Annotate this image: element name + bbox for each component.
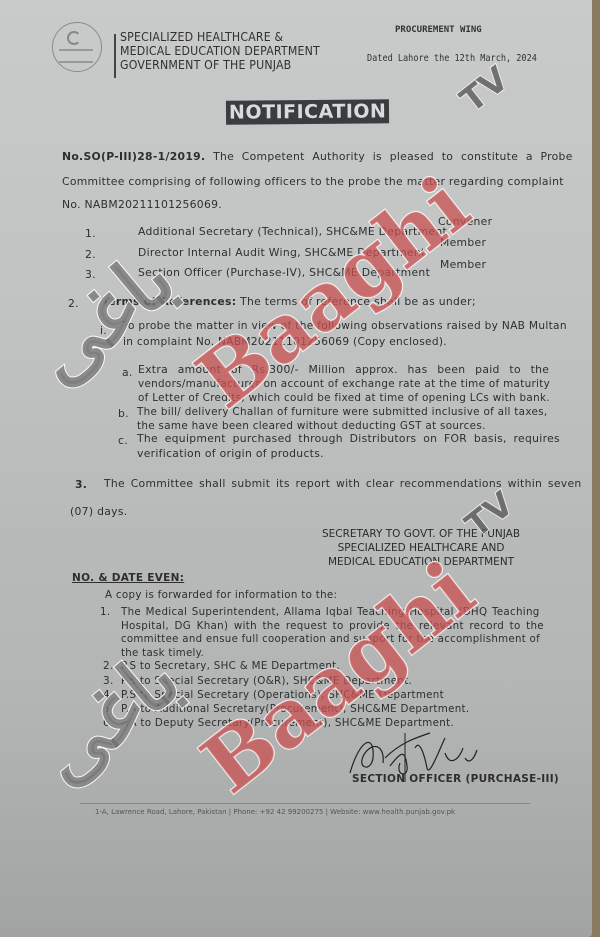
observation-line: The equipment purchased through Distribu… bbox=[137, 432, 560, 445]
copy-line: P.S to Special Secretary (Operations), S… bbox=[121, 689, 444, 701]
para-line: The Committee shall submit its report wi… bbox=[104, 477, 582, 490]
observation-line: verification of origin of products. bbox=[137, 447, 324, 460]
intro-line: No. NABM20211101256069. bbox=[62, 198, 222, 211]
intro-line: Committee comprising of following office… bbox=[62, 175, 564, 188]
endorsement-heading: NO. & DATE EVEN: bbox=[72, 572, 184, 584]
observation-line: The bill/ delivery Challan of furniture … bbox=[137, 406, 548, 418]
department-line: MEDICAL EDUCATION DEPARTMENT bbox=[120, 44, 320, 58]
member-role: Member bbox=[440, 258, 486, 271]
copy-number: 1. bbox=[100, 606, 110, 618]
copy-line: P.A to Additional Secretary(Procurement)… bbox=[121, 703, 469, 715]
tor-item-line: in complaint No. NABM20211101256069 (Cop… bbox=[123, 336, 447, 348]
member-name: Section Officer (Purchase-IV), SHC&ME De… bbox=[138, 266, 430, 279]
copy-line: Hospital, DG Khan) with the request to p… bbox=[121, 620, 544, 632]
member-role: Member bbox=[440, 236, 486, 249]
document-page: SPECIALIZED HEALTHCARE & MEDICAL EDUCATI… bbox=[0, 0, 592, 937]
letterhead-footer: 1-A, Lawrence Road, Lahore, Pakistan | P… bbox=[95, 808, 455, 816]
tor-item-line: To probe the matter in view of the follo… bbox=[123, 320, 567, 332]
tor-text: The terms of reference shall be as under… bbox=[236, 295, 475, 308]
member-number: 1. bbox=[85, 227, 96, 240]
date-line: Dated Lahore the 12th March, 2024 bbox=[367, 53, 537, 64]
observation-line: Extra amount of Rs.300/- Million approx.… bbox=[138, 363, 549, 376]
wing-label: PROCUREMENT WING bbox=[395, 25, 482, 35]
endorsement-intro: A copy is forwarded for information to t… bbox=[105, 589, 337, 601]
footer-rule bbox=[80, 803, 530, 804]
watermark-tv: TV bbox=[453, 59, 517, 121]
notification-number: No.SO(P-III)28-1/2019. bbox=[62, 150, 205, 163]
member-role: Convener bbox=[438, 215, 492, 228]
signature-line: SPECIALIZED HEALTHCARE AND bbox=[322, 541, 520, 555]
department-line: SPECIALIZED HEALTHCARE & bbox=[120, 30, 320, 44]
copy-line: P.S to Secretary, SHC & ME Department. bbox=[121, 660, 340, 672]
member-name: Director Internal Audit Wing, SHC&ME Dep… bbox=[138, 246, 426, 259]
copy-number: 6. bbox=[103, 717, 114, 729]
department-line: GOVERNMENT OF THE PUNJAB bbox=[120, 58, 320, 72]
punjab-govt-logo-icon bbox=[52, 22, 102, 72]
observation-letter: b. bbox=[118, 407, 129, 420]
letterhead-divider bbox=[114, 34, 116, 78]
observation-letter: c. bbox=[118, 434, 128, 447]
para-line: (07) days. bbox=[70, 505, 128, 518]
member-number: 2. bbox=[85, 248, 96, 261]
tor-item-number: i. bbox=[100, 324, 107, 337]
observation-line: of Letter of Credits, which could be fix… bbox=[138, 392, 550, 404]
copy-line: The Medical Superintendent, Allama Iqbal… bbox=[121, 606, 540, 618]
copy-number: 3. bbox=[103, 675, 114, 687]
copy-number: 2. bbox=[103, 660, 114, 672]
department-name: SPECIALIZED HEALTHCARE & MEDICAL EDUCATI… bbox=[120, 30, 320, 72]
notification-title: NOTIFICATION bbox=[226, 99, 390, 124]
para-number: 3. bbox=[75, 478, 87, 491]
tor-heading: Terms of References: bbox=[102, 295, 236, 308]
observation-line: the same have been cleared without deduc… bbox=[137, 420, 486, 432]
copy-line: the task timely. bbox=[121, 648, 204, 659]
observation-line: vendors/manufacturer on account of excha… bbox=[138, 378, 550, 390]
signature-line: MEDICAL EDUCATION DEPARTMENT bbox=[322, 555, 520, 569]
intro-line: No.SO(P-III)28-1/2019. The Competent Aut… bbox=[62, 150, 573, 163]
secretary-signature-block: SECRETARY TO GOVT. OF THE PUNJAB SPECIAL… bbox=[322, 527, 520, 569]
copy-number: 5. bbox=[103, 703, 114, 715]
member-number: 3. bbox=[85, 268, 96, 281]
signatory-title: SECTION OFFICER (PURCHASE-III) bbox=[352, 773, 559, 785]
copy-line: P.S to Special Secretary (O&R), SHC&ME D… bbox=[121, 675, 412, 687]
copy-number: 4. bbox=[103, 689, 114, 701]
tor-line: Terms of References: The terms of refere… bbox=[102, 295, 476, 308]
para-number: 2. bbox=[68, 297, 79, 310]
intro-text: The Competent Authority is pleased to co… bbox=[213, 150, 573, 163]
observation-letter: a. bbox=[122, 366, 133, 379]
member-name: Additional Secretary (Technical), SHC&ME… bbox=[138, 225, 447, 238]
signature-line: SECRETARY TO GOVT. OF THE PUNJAB bbox=[322, 527, 520, 541]
copy-line: committee and ensue full cooperation and… bbox=[121, 634, 540, 645]
